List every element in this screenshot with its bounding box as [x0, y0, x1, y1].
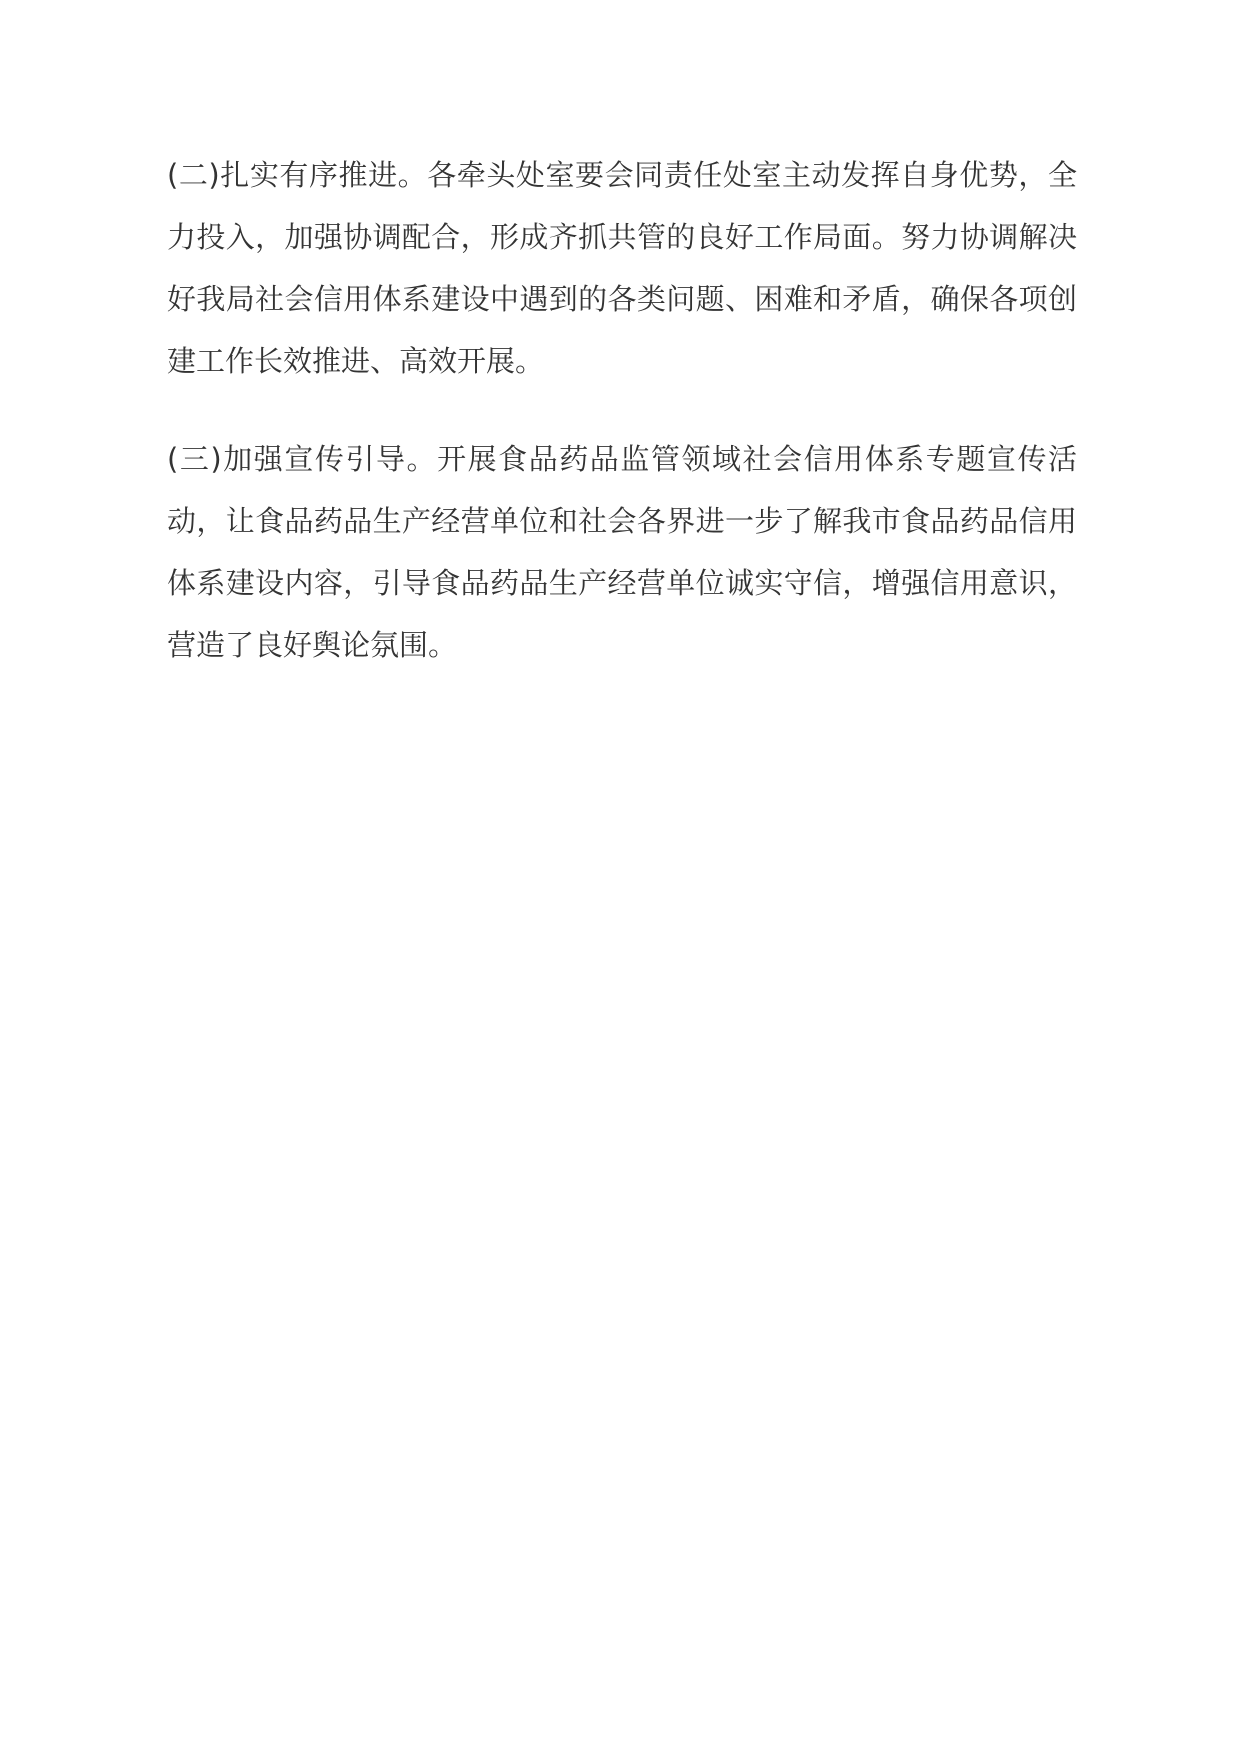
paragraph-publicity-guidance: (三)加强宣传引导。开展食品药品监管领域社会信用体系专题宣传活动，让食品药品生产…	[167, 428, 1077, 676]
document-page: (二)扎实有序推进。各牵头处室要会同责任处室主动发挥自身优势，全力投入，加强协调…	[0, 0, 1241, 1754]
paragraph-work-advancement: (二)扎实有序推进。各牵头处室要会同责任处室主动发挥自身优势，全力投入，加强协调…	[167, 144, 1077, 392]
